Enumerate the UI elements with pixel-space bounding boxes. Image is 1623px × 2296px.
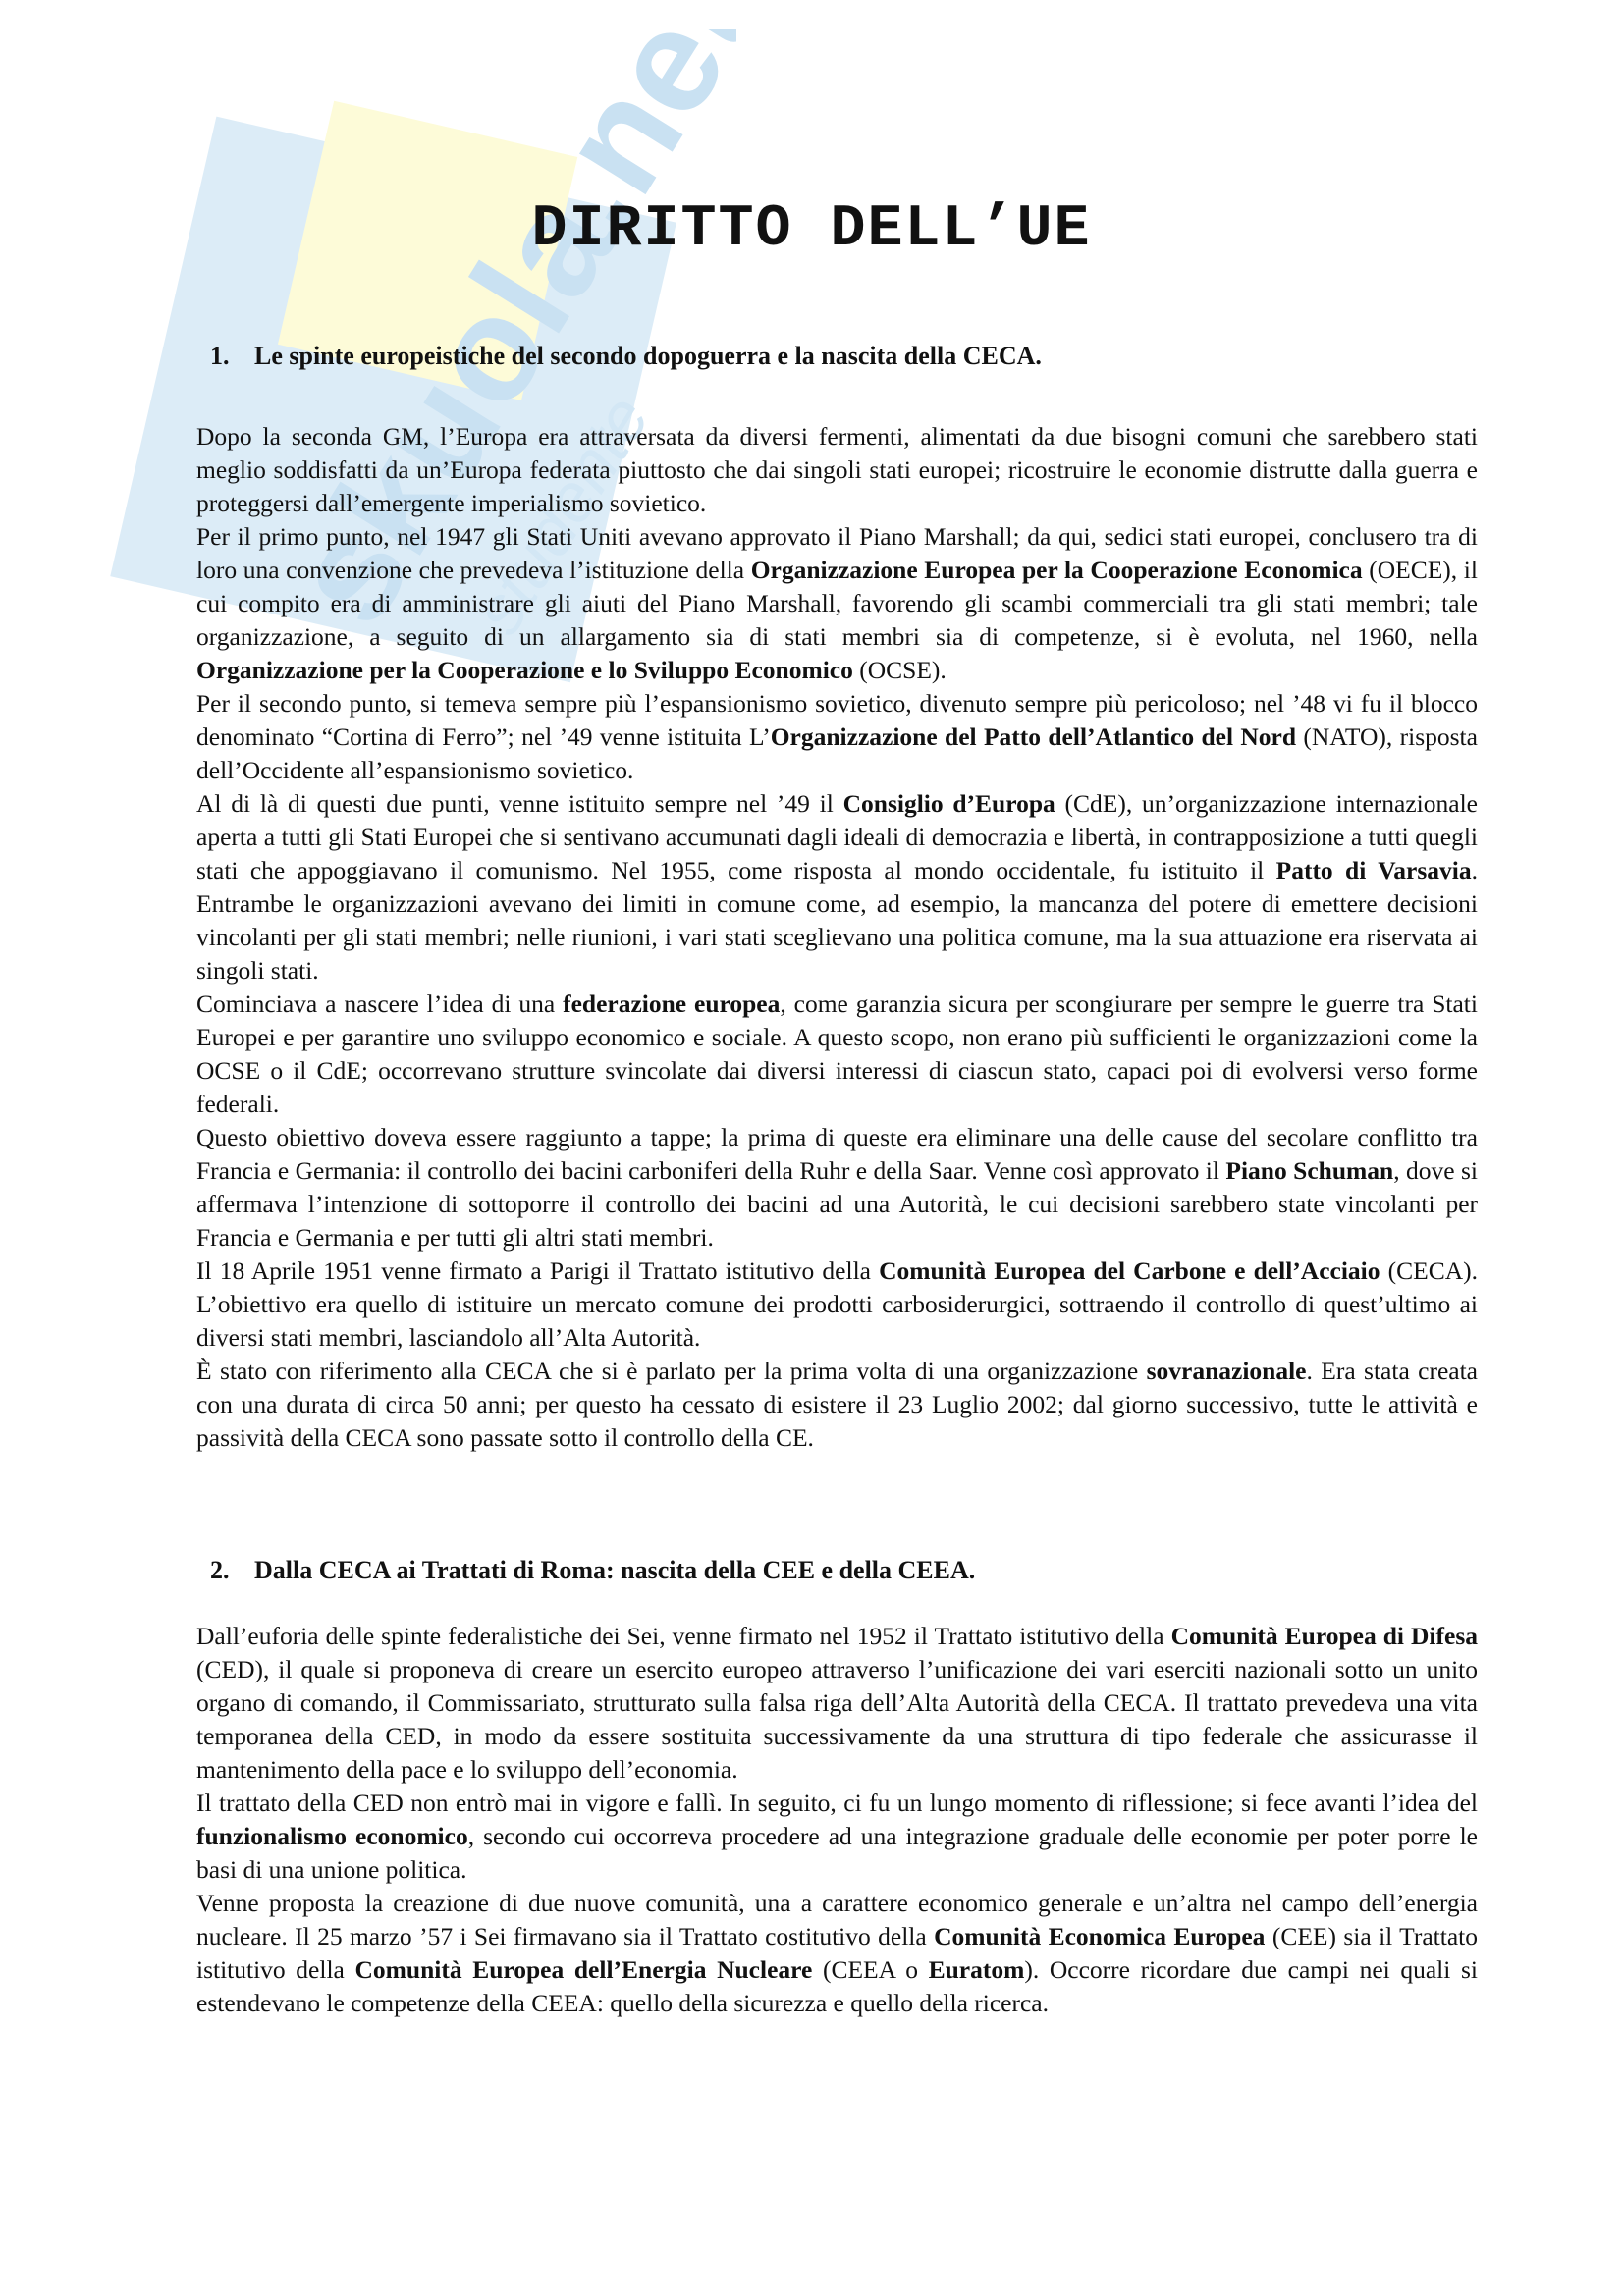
bold-term: Comunità Europea del Carbone e dell’Acci… bbox=[879, 1256, 1380, 1285]
paragraph: Cominciava a nascere l’idea di una feder… bbox=[196, 988, 1478, 1121]
section-2-heading: 2.Dalla CECA ai Trattati di Roma: nascit… bbox=[210, 1556, 975, 1585]
bold-term: Comunità Europea di Difesa bbox=[1171, 1622, 1478, 1650]
paragraph: Dopo la seconda GM, l’Europa era attrave… bbox=[196, 420, 1478, 520]
paragraph: Dall’euforia delle spinte federalistiche… bbox=[196, 1620, 1478, 1787]
paragraph: Per il secondo punto, si temeva sempre p… bbox=[196, 687, 1478, 787]
bold-term: sovranazionale bbox=[1147, 1357, 1307, 1385]
section-1-title: Le spinte europeistiche del secondo dopo… bbox=[254, 342, 1042, 370]
document-title: DIRITTO DELL’UE bbox=[0, 196, 1623, 263]
paragraph: Per il primo punto, nel 1947 gli Stati U… bbox=[196, 520, 1478, 687]
bold-term: Euratom bbox=[929, 1955, 1025, 1984]
paragraph: Il 18 Aprile 1951 venne firmato a Parigi… bbox=[196, 1255, 1478, 1355]
section-1-heading: 1.Le spinte europeistiche del secondo do… bbox=[210, 342, 1042, 371]
paragraph: Questo obiettivo doveva essere raggiunto… bbox=[196, 1121, 1478, 1255]
bold-term: federazione europea bbox=[563, 989, 780, 1018]
section-2-title: Dalla CECA ai Trattati di Roma: nascita … bbox=[254, 1556, 975, 1584]
paragraph: Al di là di questi due punti, venne isti… bbox=[196, 787, 1478, 988]
bold-term: Comunità Europea dell’Energia Nucleare bbox=[354, 1955, 812, 1984]
paragraph: Il trattato della CED non entrò mai in v… bbox=[196, 1787, 1478, 1887]
bold-term: Piano Schuman bbox=[1225, 1156, 1393, 1185]
section-2-number: 2. bbox=[210, 1556, 254, 1585]
bold-term: Comunità Economica Europea bbox=[934, 1922, 1265, 1950]
bold-term: Organizzazione Europea per la Cooperazio… bbox=[751, 556, 1363, 584]
section-2-body: Dall’euforia delle spinte federalistiche… bbox=[196, 1620, 1478, 2020]
bold-term: Organizzazione del Patto dell’Atlantico … bbox=[771, 722, 1296, 751]
document-page: DIRITTO DELL’UE 1.Le spinte europeistich… bbox=[0, 0, 1623, 2296]
paragraph: È stato con riferimento alla CECA che si… bbox=[196, 1355, 1478, 1455]
bold-term: Patto di Varsavia bbox=[1276, 856, 1472, 884]
bold-term: funzionalismo economico bbox=[196, 1822, 468, 1850]
bold-term: Consiglio d’Europa bbox=[843, 789, 1055, 818]
paragraph: Venne proposta la creazione di due nuove… bbox=[196, 1887, 1478, 2020]
bold-term: Organizzazione per la Cooperazione e lo … bbox=[196, 656, 853, 684]
section-1-body: Dopo la seconda GM, l’Europa era attrave… bbox=[196, 420, 1478, 1455]
section-1-number: 1. bbox=[210, 342, 254, 371]
